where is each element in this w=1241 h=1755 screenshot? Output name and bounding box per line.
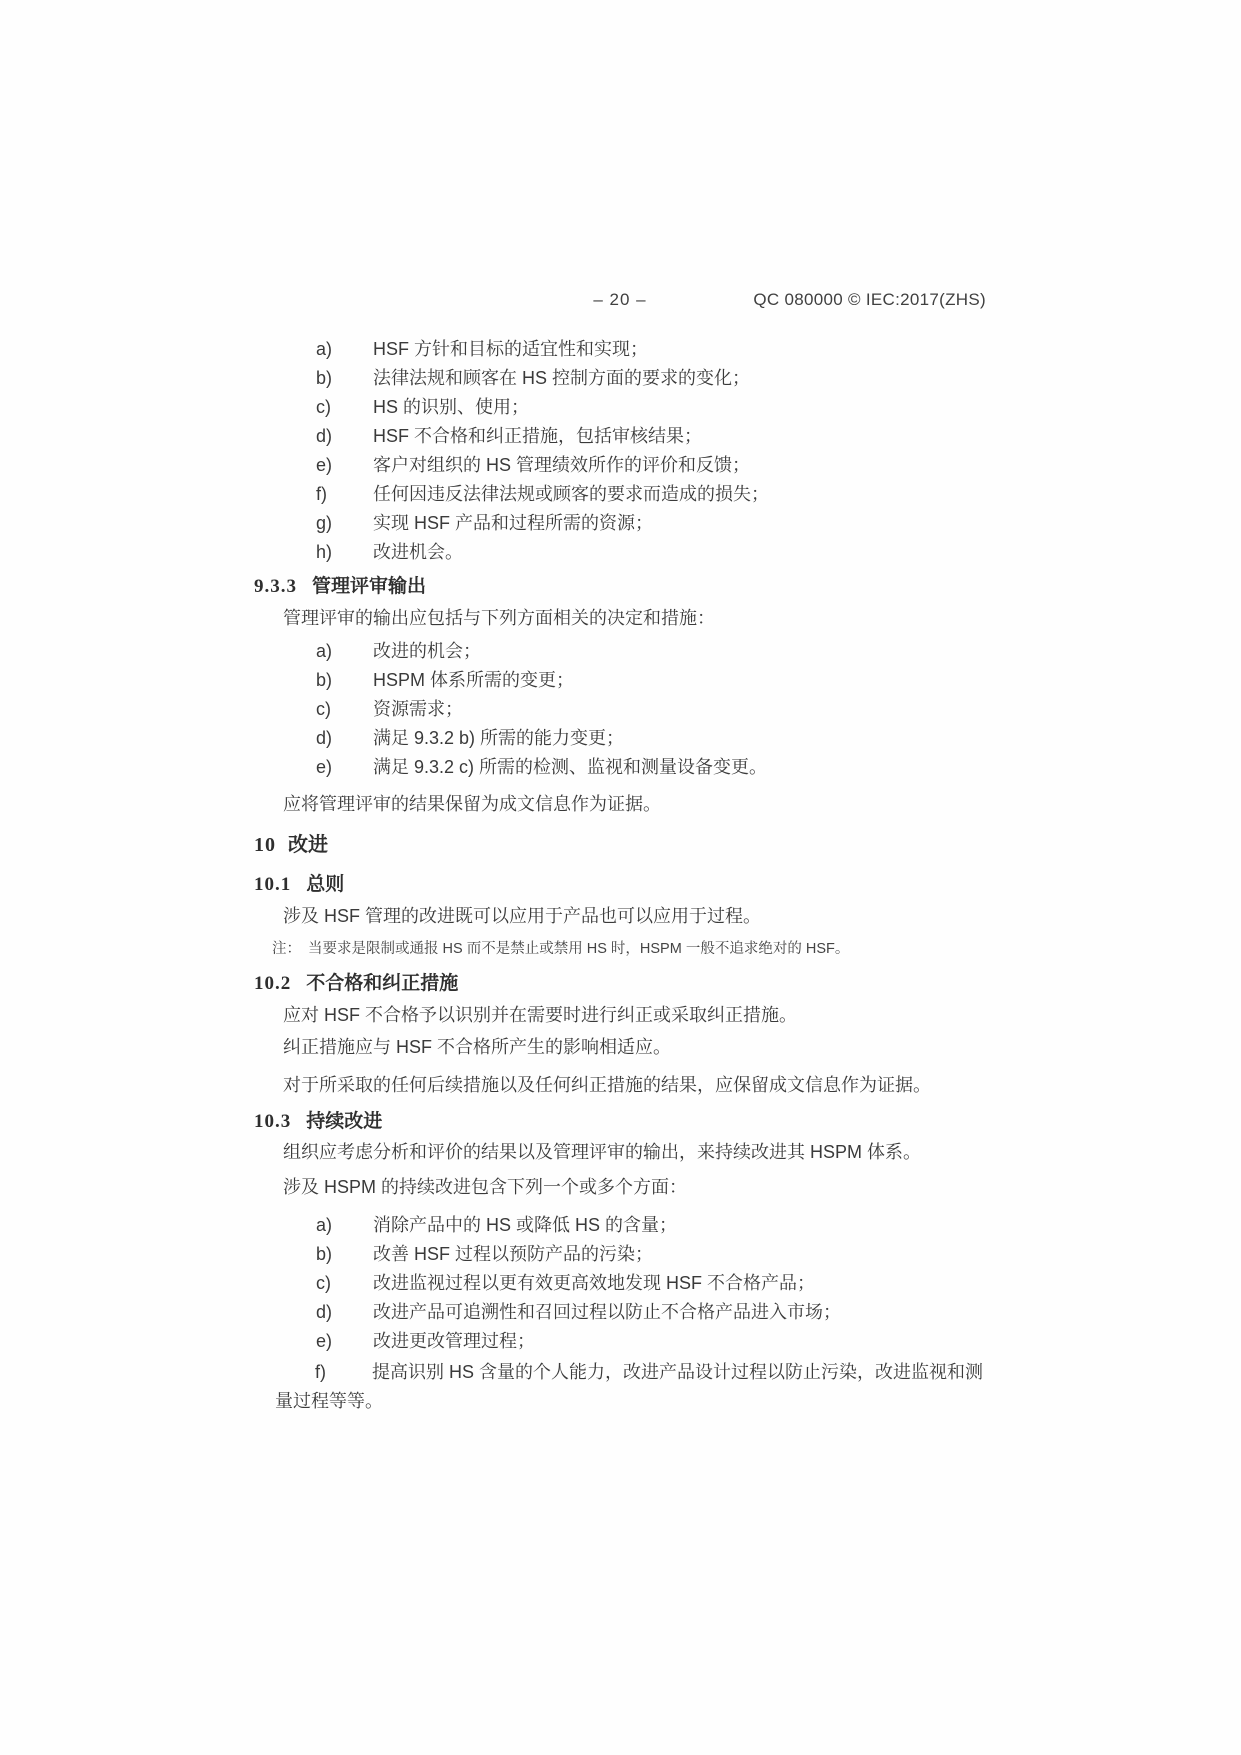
section-number: 10 bbox=[254, 834, 276, 856]
section-number: 10.1 bbox=[254, 874, 291, 895]
item-letter: f) bbox=[315, 1358, 372, 1387]
item-text: 提高识别 HS 含量的个人能力，改进产品设计过程以防止污染，改进监视和测量过程等… bbox=[275, 1362, 983, 1411]
list-item: d)HSF 不合格和纠正措施，包括审核结果； bbox=[254, 422, 986, 451]
list-item: e)改进更改管理过程； bbox=[254, 1327, 986, 1356]
item-text: HSF 方针和目标的适宜性和实现； bbox=[373, 335, 986, 364]
item-letter: c) bbox=[316, 695, 373, 724]
item-letter: h) bbox=[316, 538, 373, 567]
note: 注：当要求是限制或通报 HS 而不是禁止或禁用 HS 时，HSPM 一般不追求绝… bbox=[272, 940, 986, 959]
item-letter: c) bbox=[316, 393, 373, 422]
item-letter: a) bbox=[316, 637, 373, 666]
item-text: HS 的识别、使用； bbox=[373, 393, 986, 422]
list-item: a)HSF 方针和目标的适宜性和实现； bbox=[254, 335, 986, 364]
item-text: HSPM 体系所需的变更； bbox=[373, 666, 986, 695]
item-text: 消除产品中的 HS 或降低 HS 的含量； bbox=[373, 1211, 986, 1240]
continual-improvement-list: a)消除产品中的 HS 或降低 HS 的含量； b)改善 HSF 过程以预防产品… bbox=[254, 1211, 986, 1356]
item-text: 改进机会。 bbox=[373, 538, 986, 567]
list-item: a)消除产品中的 HS 或降低 HS 的含量； bbox=[254, 1211, 986, 1240]
item-text: 资源需求； bbox=[373, 695, 986, 724]
page-header: – 20 – QC 080000 © IEC:2017(ZHS) bbox=[254, 290, 986, 311]
section-heading-103: 10.3持续改进 bbox=[254, 1111, 986, 1133]
list-item: a)改进的机会； bbox=[254, 637, 986, 666]
paragraph: 涉及 HSF 管理的改进既可以应用于产品也可以应用于过程。 bbox=[254, 905, 986, 927]
list-item: d)改进产品可追溯性和召回过程以防止不合格产品进入市场； bbox=[254, 1298, 986, 1327]
item-text: 改进监视过程以更有效更高效地发现 HSF 不合格产品； bbox=[373, 1269, 986, 1298]
paragraph: 涉及 HSPM 的持续改进包含下列一个或多个方面： bbox=[254, 1176, 986, 1198]
list-item: f)提高识别 HS 含量的个人能力，改进产品设计过程以防止污染，改进监视和测量过… bbox=[275, 1358, 986, 1416]
paragraph: 应对 HSF 不合格予以识别并在需要时进行纠正或采取纠正措施。 bbox=[254, 1004, 986, 1026]
item-letter: e) bbox=[316, 1327, 373, 1356]
list-item: f)任何因违反法律法规或顾客的要求而造成的损失； bbox=[254, 480, 986, 509]
item-text: 改善 HSF 过程以预防产品的污染； bbox=[373, 1240, 986, 1269]
section-heading-101: 10.1总则 bbox=[254, 874, 986, 896]
section-number: 10.2 bbox=[254, 973, 291, 994]
list-item: b)HSPM 体系所需的变更； bbox=[254, 666, 986, 695]
paragraph: 组织应考虑分析和评价的结果以及管理评审的输出，来持续改进其 HSPM 体系。 bbox=[254, 1141, 986, 1163]
item-text: 法律法规和顾客在 HS 控制方面的要求的变化； bbox=[373, 364, 986, 393]
section-title: 持续改进 bbox=[306, 1111, 382, 1132]
item-text: 实现 HSF 产品和过程所需的资源； bbox=[373, 509, 986, 538]
list-item: g)实现 HSF 产品和过程所需的资源； bbox=[254, 509, 986, 538]
list-item: c)资源需求； bbox=[254, 695, 986, 724]
list-item: c)改进监视过程以更有效更高效地发现 HSF 不合格产品； bbox=[254, 1269, 986, 1298]
page-content: – 20 – QC 080000 © IEC:2017(ZHS) a)HSF 方… bbox=[254, 0, 986, 1416]
section-title: 改进 bbox=[288, 834, 328, 856]
list-item: d)满足 9.3.2 b) 所需的能力变更； bbox=[254, 724, 986, 753]
item-letter: d) bbox=[316, 1298, 373, 1327]
item-letter: a) bbox=[316, 335, 373, 364]
item-letter: b) bbox=[316, 1240, 373, 1269]
paragraph: 应将管理评审的结果保留为成文信息作为证据。 bbox=[254, 793, 986, 815]
section-heading-102: 10.2不合格和纠正措施 bbox=[254, 973, 986, 995]
doc-reference: QC 080000 © IEC:2017(ZHS) bbox=[753, 290, 986, 310]
list-item: e)客户对组织的 HS 管理绩效所作的评价和反馈； bbox=[254, 451, 986, 480]
note-text: 当要求是限制或通报 HS 而不是禁止或禁用 HS 时，HSPM 一般不追求绝对的… bbox=[308, 941, 849, 957]
item-text: 满足 9.3.2 b) 所需的能力变更； bbox=[373, 724, 986, 753]
section-title: 总则 bbox=[306, 874, 344, 895]
paragraph: 纠正措施应与 HSF 不合格所产生的影响相适应。 bbox=[254, 1036, 986, 1058]
item-text: 改进产品可追溯性和召回过程以防止不合格产品进入市场； bbox=[373, 1298, 986, 1327]
item-text: 改进更改管理过程； bbox=[373, 1327, 986, 1356]
item-letter: d) bbox=[316, 422, 373, 451]
item-letter: f) bbox=[316, 480, 373, 509]
list-item: b)改善 HSF 过程以预防产品的污染； bbox=[254, 1240, 986, 1269]
review-output-list: a)改进的机会； b)HSPM 体系所需的变更； c)资源需求； d)满足 9.… bbox=[254, 637, 986, 782]
section-number: 10.3 bbox=[254, 1111, 291, 1132]
list-item: h)改进机会。 bbox=[254, 538, 986, 567]
item-text: 满足 9.3.2 c) 所需的检测、监视和测量设备变更。 bbox=[373, 753, 986, 782]
item-letter: g) bbox=[316, 509, 373, 538]
item-letter: a) bbox=[316, 1211, 373, 1240]
item-letter: b) bbox=[316, 666, 373, 695]
item-text: 任何因违反法律法规或顾客的要求而造成的损失； bbox=[373, 480, 986, 509]
item-text: HSF 不合格和纠正措施，包括审核结果； bbox=[373, 422, 986, 451]
item-letter: c) bbox=[316, 1269, 373, 1298]
item-letter: e) bbox=[316, 451, 373, 480]
list-item: b)法律法规和顾客在 HS 控制方面的要求的变化； bbox=[254, 364, 986, 393]
paragraph: 管理评审的输出应包括与下列方面相关的决定和措施： bbox=[254, 607, 986, 629]
item-letter: e) bbox=[316, 753, 373, 782]
section-heading-933: 9.3.3管理评审输出 bbox=[254, 576, 986, 598]
section-heading-10: 10改进 bbox=[254, 833, 986, 857]
list-item: c)HS 的识别、使用； bbox=[254, 393, 986, 422]
section-number: 9.3.3 bbox=[254, 576, 297, 597]
item-letter: b) bbox=[316, 364, 373, 393]
section-title: 管理评审输出 bbox=[312, 576, 426, 597]
paragraph: 对于所采取的任何后续措施以及任何纠正措施的结果，应保留成文信息作为证据。 bbox=[254, 1074, 986, 1096]
note-label: 注： bbox=[272, 941, 301, 957]
document-page: – 20 – QC 080000 © IEC:2017(ZHS) a)HSF 方… bbox=[0, 0, 1241, 1755]
review-input-list: a)HSF 方针和目标的适宜性和实现； b)法律法规和顾客在 HS 控制方面的要… bbox=[254, 335, 986, 567]
list-item: e)满足 9.3.2 c) 所需的检测、监视和测量设备变更。 bbox=[254, 753, 986, 782]
item-letter: d) bbox=[316, 724, 373, 753]
section-title: 不合格和纠正措施 bbox=[306, 973, 458, 994]
item-text: 改进的机会； bbox=[373, 637, 986, 666]
item-text: 客户对组织的 HS 管理绩效所作的评价和反馈； bbox=[373, 451, 986, 480]
